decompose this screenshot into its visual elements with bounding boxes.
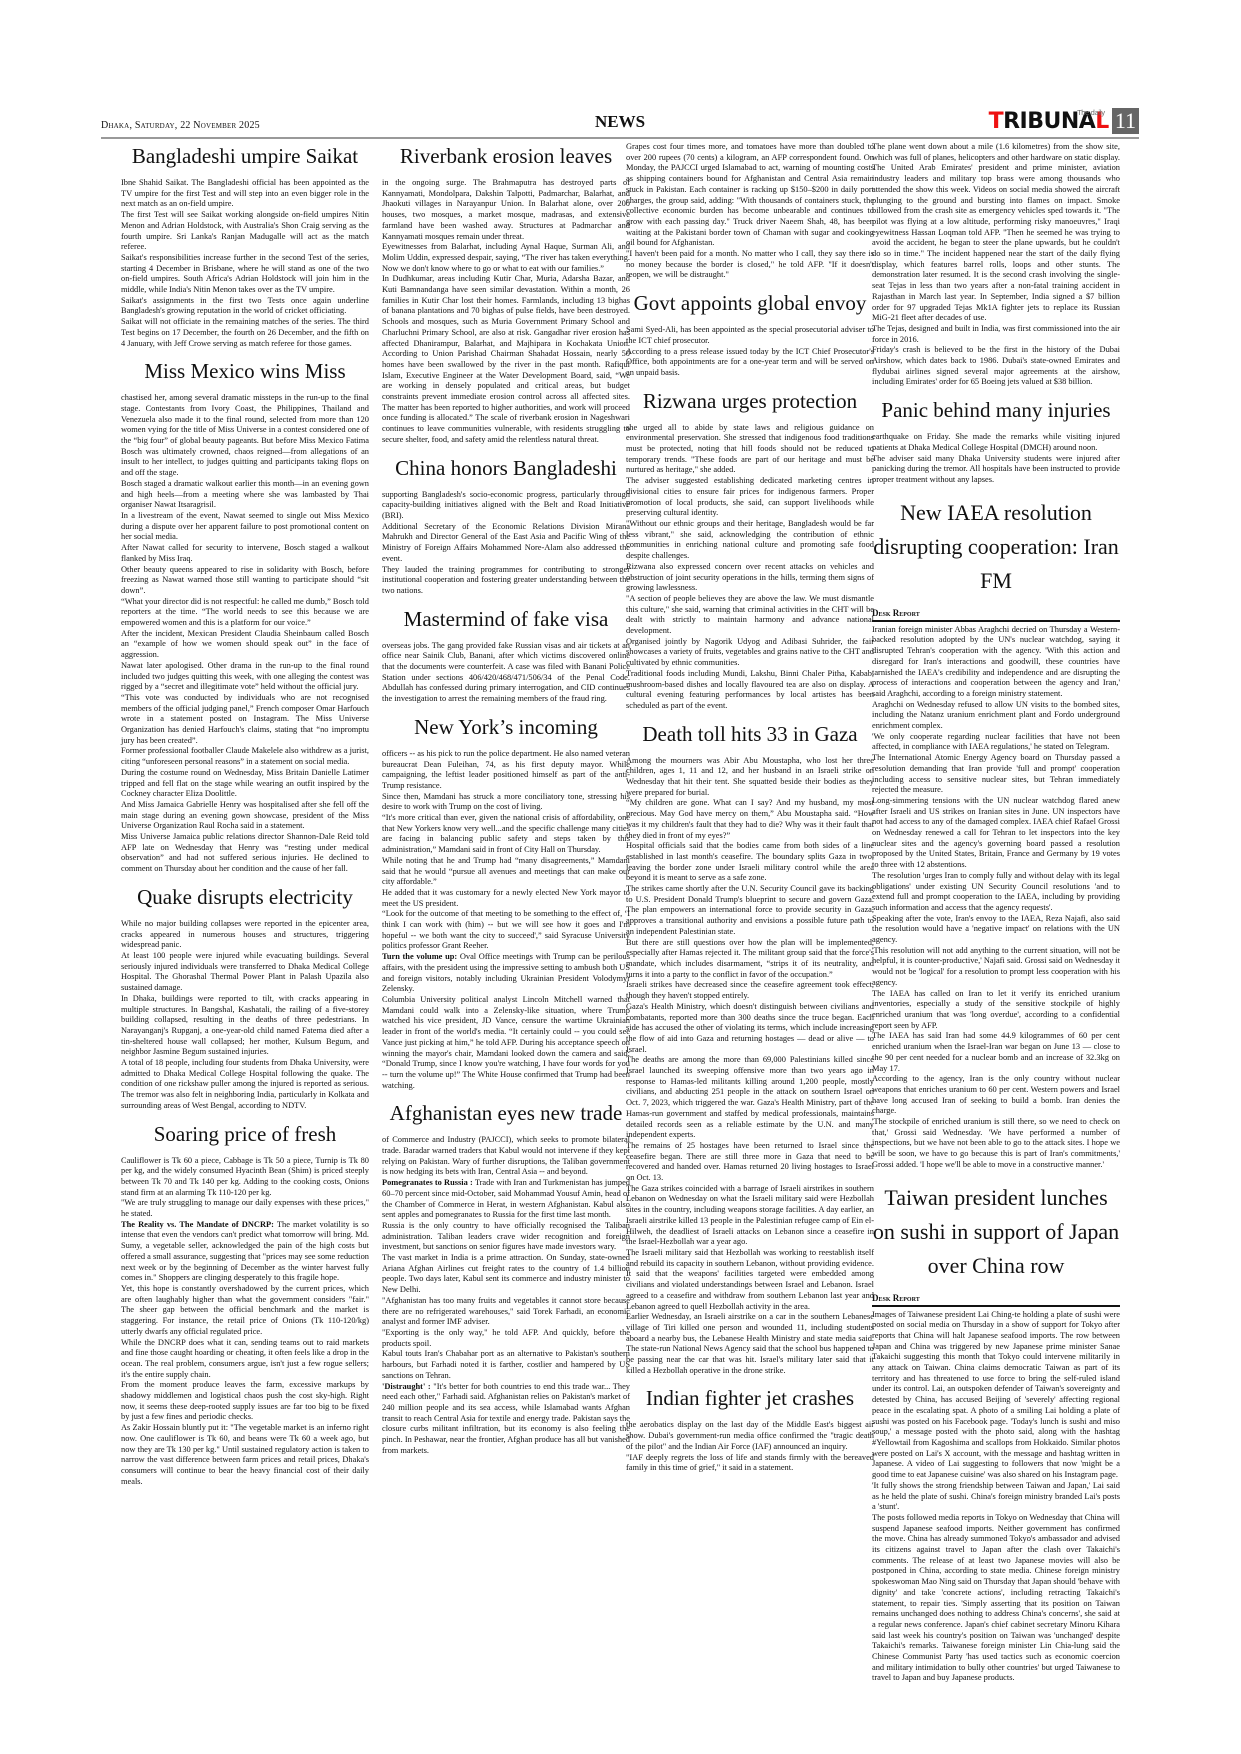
paragraph: Kabul touts Iran's Chabahar port as an a… — [382, 1349, 630, 1381]
paragraph: Cauliflower is Tk 60 a piece, Cabbage is… — [121, 1156, 369, 1199]
logo-t-red: T — [989, 109, 1004, 134]
paragraph: Yet, this hope is constantly overshadowe… — [121, 1284, 369, 1338]
paragraph: Rizwana also expressed concern over rece… — [626, 562, 874, 594]
logo-wordmark: The daily TRIBUNAL — [989, 110, 1109, 134]
paragraph: According to the agency, Iran is the onl… — [872, 1074, 1120, 1117]
article-china-honors: China honors Bangladeshisupporting Bangl… — [382, 456, 630, 597]
paragraph: “This vote was conducted by individuals … — [121, 693, 369, 747]
paragraph: officers -- as his pick to run the polic… — [382, 749, 630, 792]
paragraph: According to a press release issued toda… — [626, 347, 874, 379]
paragraph: The posts followed media reports in Toky… — [872, 1513, 1120, 1684]
article-miss-mexico: Miss Mexico wins Misschastised her, amon… — [121, 359, 369, 875]
headline: Indian fighter jet crashes — [626, 1386, 874, 1410]
paragraph: 'The stockpile of enriched uranium is st… — [872, 1117, 1120, 1171]
paragraph: she urged all to abide by state laws and… — [626, 423, 874, 477]
paragraph: And Miss Jamaica Gabrielle Henry was hos… — [121, 800, 369, 832]
byline: Desk Report — [872, 608, 1120, 622]
byline: Desk Report — [872, 1293, 1120, 1307]
paragraph: "I haven't been paid for a month. No mat… — [626, 249, 874, 281]
paragraph: of Commerce and Industry (PAJCCI), which… — [382, 1135, 630, 1178]
paragraph: Gaza's Health Ministry, which doesn't di… — [626, 1002, 874, 1056]
headline: New IAEA resolution disrupting cooperati… — [872, 496, 1120, 598]
paragraph: The plane went down about a mile (1.6 ki… — [872, 142, 1120, 324]
headline: Soaring price of fresh — [121, 1122, 369, 1146]
paragraph: During the costume round on Wednesday, M… — [121, 768, 369, 800]
article-panic: Panic behind many injuriesearthquake on … — [872, 398, 1120, 486]
headline: Mastermind of fake visa — [382, 607, 630, 631]
paragraph: Israeli strikes have decreased since the… — [626, 980, 874, 1001]
masthead: Dhaka, Saturday, 22 November 2025 NEWS T… — [101, 106, 1139, 136]
article-umpire: Bangladeshi umpire SaikatIbne Shahid Sai… — [121, 144, 369, 349]
paragraph: overseas jobs. The gang provided fake Ru… — [382, 641, 630, 705]
paragraph: Russia is the only country to have offic… — [382, 1221, 630, 1253]
paragraph: Additional Secretary of the Economic Rel… — [382, 522, 630, 565]
headline: Afghanistan eyes new trade — [382, 1101, 630, 1125]
article-riverbank: Riverbank erosion leavesin the ongoing s… — [382, 144, 630, 446]
paragraph: The Gaza strikes coincided with a barrag… — [626, 1184, 874, 1248]
paragraph: Speaking after the vote, Iran's envoy to… — [872, 914, 1120, 946]
paragraph: "Without our ethnic groups and their her… — [626, 519, 874, 562]
paragraph: After Nawat called for security to inter… — [121, 543, 369, 564]
headline: New York’s incoming — [382, 715, 630, 739]
paragraph: The IAEA has called on Iran to let it ve… — [872, 989, 1120, 1032]
paragraph: Grapes cost four times more, and tomatoe… — [626, 142, 874, 249]
paragraph: Long-simmering tensions with the UN nucl… — [872, 796, 1120, 871]
paragraph: Earlier Wednesday, an Israeli airstrike … — [626, 1312, 874, 1376]
paragraph: While no major building collapses were r… — [121, 919, 369, 951]
paragraph: “What your director did is not respectfu… — [121, 597, 369, 629]
article-govt-envoy: Govt appoints global envoySami Syed-Ali,… — [626, 291, 874, 379]
paragraph: While noting that he and Trump had “many… — [382, 856, 630, 888]
paragraph: The Tejas, designed and built in India, … — [872, 324, 1120, 345]
paragraph: Iranian foreign minister Abbas Araghchi … — [872, 625, 1120, 700]
paragraph: In a livestream of the event, Nawat seem… — [121, 511, 369, 543]
paragraph: “It's more critical than ever, given the… — [382, 813, 630, 856]
paragraph: In Dudhkumar, areas including Kutir Char… — [382, 274, 630, 445]
paragraph: "A section of people believes they are a… — [626, 594, 874, 637]
headline: Death toll hits 33 in Gaza — [626, 722, 874, 746]
newspaper-logo: The daily TRIBUNAL 11 — [989, 106, 1139, 134]
paragraph: Other beauty queens appeared to rise in … — [121, 565, 369, 597]
paragraph: Miss Universe Jamaica public relations d… — [121, 832, 369, 875]
paragraph: Friday's crash is believed to be the fir… — [872, 345, 1120, 388]
paragraph: The Israeli military said that Hezbollah… — [626, 1248, 874, 1312]
paragraph: Columbia University political analyst Li… — [382, 995, 630, 1091]
headline: Quake disrupts electricity — [121, 885, 369, 909]
column-3: Grapes cost four times more, and tomatoe… — [626, 142, 874, 1484]
article-fighter-jet-cont: The plane went down about a mile (1.6 ki… — [872, 142, 1120, 388]
paragraph: 'We only cooperate regarding nuclear fac… — [872, 732, 1120, 753]
paragraph: Turn the volume up: Oval Office meetings… — [382, 952, 630, 995]
subhead: Turn the volume up: — [382, 952, 457, 961]
subhead: The Reality vs. The Mandate of DNCRP: — [121, 1220, 274, 1229]
article-rizwana: Rizwana urges protectionshe urged all to… — [626, 389, 874, 712]
paragraph: The strikes came shortly after the U.N. … — [626, 884, 874, 938]
paragraph: "IAF deeply regrets the loss of life and… — [626, 1453, 874, 1474]
paragraph: “Look for the outcome of that meeting to… — [382, 909, 630, 952]
paragraph: But there are still questions over how t… — [626, 938, 874, 981]
headline: Miss Mexico wins Miss — [121, 359, 369, 383]
headline: Govt appoints global envoy — [626, 291, 874, 315]
column-2: Riverbank erosion leavesin the ongoing s… — [382, 142, 630, 1466]
column-4: The plane went down about a mile (1.6 ki… — [872, 142, 1120, 1694]
paragraph: They lauded the training programmes for … — [382, 565, 630, 597]
paragraph: Nawat later apologised. Other drama in t… — [121, 661, 369, 693]
article-new-york: New York’s incomingofficers -- as his pi… — [382, 715, 630, 1092]
paragraph: While the DNCRP does what it can, sendin… — [121, 1338, 369, 1381]
paragraph: As Zakir Hossain bluntly put it: "The ve… — [121, 1423, 369, 1487]
paragraph: “My children are gone. What can I say? A… — [626, 798, 874, 841]
article-afghanistan-cont: Grapes cost four times more, and tomatoe… — [626, 142, 874, 281]
paragraph: Among the mourners was Abir Abu Moustaph… — [626, 756, 874, 799]
paragraph: Ibne Shahid Saikat. The Bangladeshi offi… — [121, 178, 369, 210]
section-title: NEWS — [101, 112, 1139, 132]
paragraph: 'It fully shows the strong friendship be… — [872, 1481, 1120, 1513]
paragraph: Araghchi on Wednesday refused to allow U… — [872, 700, 1120, 732]
article-gaza: Death toll hits 33 in GazaAmong the mour… — [626, 722, 874, 1377]
subhead: Pomegranates to Russia : — [382, 1178, 473, 1187]
article-afghanistan: Afghanistan eyes new tradeof Commerce an… — [382, 1101, 630, 1456]
paragraph: The IAEA has said Iran had some 44.9 kil… — [872, 1031, 1120, 1074]
paragraph: A total of 18 people, including four stu… — [121, 1058, 369, 1112]
page-number: 11 — [1112, 108, 1139, 134]
paragraph: earthquake on Friday. She made the remar… — [872, 432, 1120, 453]
headline: Rizwana urges protection — [626, 389, 874, 413]
paragraph: The deaths are among the more than 69,00… — [626, 1055, 874, 1141]
paragraph: Sami Syed-Ali, has been appointed as the… — [626, 325, 874, 346]
paragraph: From the moment produce leaves the farm,… — [121, 1380, 369, 1423]
paragraph: The adviser said many Dhaka University s… — [872, 454, 1120, 486]
subhead: 'Distraught' : — [382, 1382, 431, 1391]
article-iaea: New IAEA resolution disrupting cooperati… — [872, 496, 1120, 1171]
paragraph: in the ongoing surge. The Brahmaputra ha… — [382, 178, 630, 242]
headline: Panic behind many injuries — [872, 398, 1120, 422]
paragraph: Former professional footballer Claude Ma… — [121, 746, 369, 767]
paragraph: He added that it was customary for a new… — [382, 888, 630, 909]
paragraph: Bosch staged a dramatic walkout earlier … — [121, 479, 369, 511]
paragraph: The International Atomic Energy Agency b… — [872, 753, 1120, 796]
paragraph: "Exporting is the only way," he told AFP… — [382, 1328, 630, 1349]
paragraph: The resolution 'urges Iran to comply ful… — [872, 871, 1120, 914]
paragraph: Traditional foods including Mundi, Laksh… — [626, 669, 874, 712]
headline: Riverbank erosion leaves — [382, 144, 630, 168]
paragraph: 'This resolution will not add anything t… — [872, 946, 1120, 989]
paragraph: supporting Bangladesh's socio-economic p… — [382, 490, 630, 522]
article-fake-visa: Mastermind of fake visaoverseas jobs. Th… — [382, 607, 630, 705]
logo-tagline: The daily — [1077, 101, 1105, 125]
paragraph: The adviser suggested establishing dedic… — [626, 476, 874, 519]
paragraph: The remains of 25 hostages have been ret… — [626, 1141, 874, 1184]
column-1: Bangladeshi umpire SaikatIbne Shahid Sai… — [121, 142, 369, 1497]
header-rule — [101, 137, 1139, 139]
article-soaring-price: Soaring price of freshCauliflower is Tk … — [121, 1122, 369, 1488]
headline: Taiwan president lunches on sushi in sup… — [872, 1181, 1120, 1283]
paragraph: Images of Taiwanese president Lai Ching-… — [872, 1310, 1120, 1481]
paragraph: Eyewitnesses from Balarhat, including Ay… — [382, 242, 630, 274]
paragraph: The vast market in India is a prime attr… — [382, 1253, 630, 1296]
paragraph: the aerobatics display on the last day o… — [626, 1420, 874, 1452]
paragraph: At least 100 people were injured while e… — [121, 951, 369, 994]
paragraph: "Afghanistan has too many fruits and veg… — [382, 1296, 630, 1328]
headline: Bangladeshi umpire Saikat — [121, 144, 369, 168]
paragraph: Hospital officials said that the bodies … — [626, 841, 874, 884]
paragraph: Pomegranates to Russia : Trade with Iran… — [382, 1178, 630, 1221]
article-quake: Quake disrupts electricityWhile no major… — [121, 885, 369, 1112]
paragraph: chastised her, among several dramatic mi… — [121, 393, 369, 479]
paragraph: Saikat's responsibilities increase furth… — [121, 253, 369, 296]
article-fighter-jet: Indian fighter jet crashesthe aerobatics… — [626, 1386, 874, 1474]
paragraph: Since then, Mamdani has struck a more co… — [382, 792, 630, 813]
paragraph: "We are truly struggling to manage our d… — [121, 1198, 369, 1219]
article-taiwan: Taiwan president lunches on sushi in sup… — [872, 1181, 1120, 1685]
paragraph: Saikat will not officiate in the remaini… — [121, 317, 369, 349]
paragraph: 'Distraught' : "It's better for both cou… — [382, 1382, 630, 1457]
paragraph: The Reality vs. The Mandate of DNCRP: Th… — [121, 1220, 369, 1284]
paragraph: In Dhaka, buildings were reported to til… — [121, 994, 369, 1058]
paragraph: The first Test will see Saikat working a… — [121, 210, 369, 253]
paragraph: Organised jointly by Nagorik Udyog and A… — [626, 637, 874, 669]
paragraph: Saikat's assignments in the first two Te… — [121, 296, 369, 317]
headline: China honors Bangladeshi — [382, 456, 630, 480]
paragraph: After the incident, Mexican President Cl… — [121, 629, 369, 661]
